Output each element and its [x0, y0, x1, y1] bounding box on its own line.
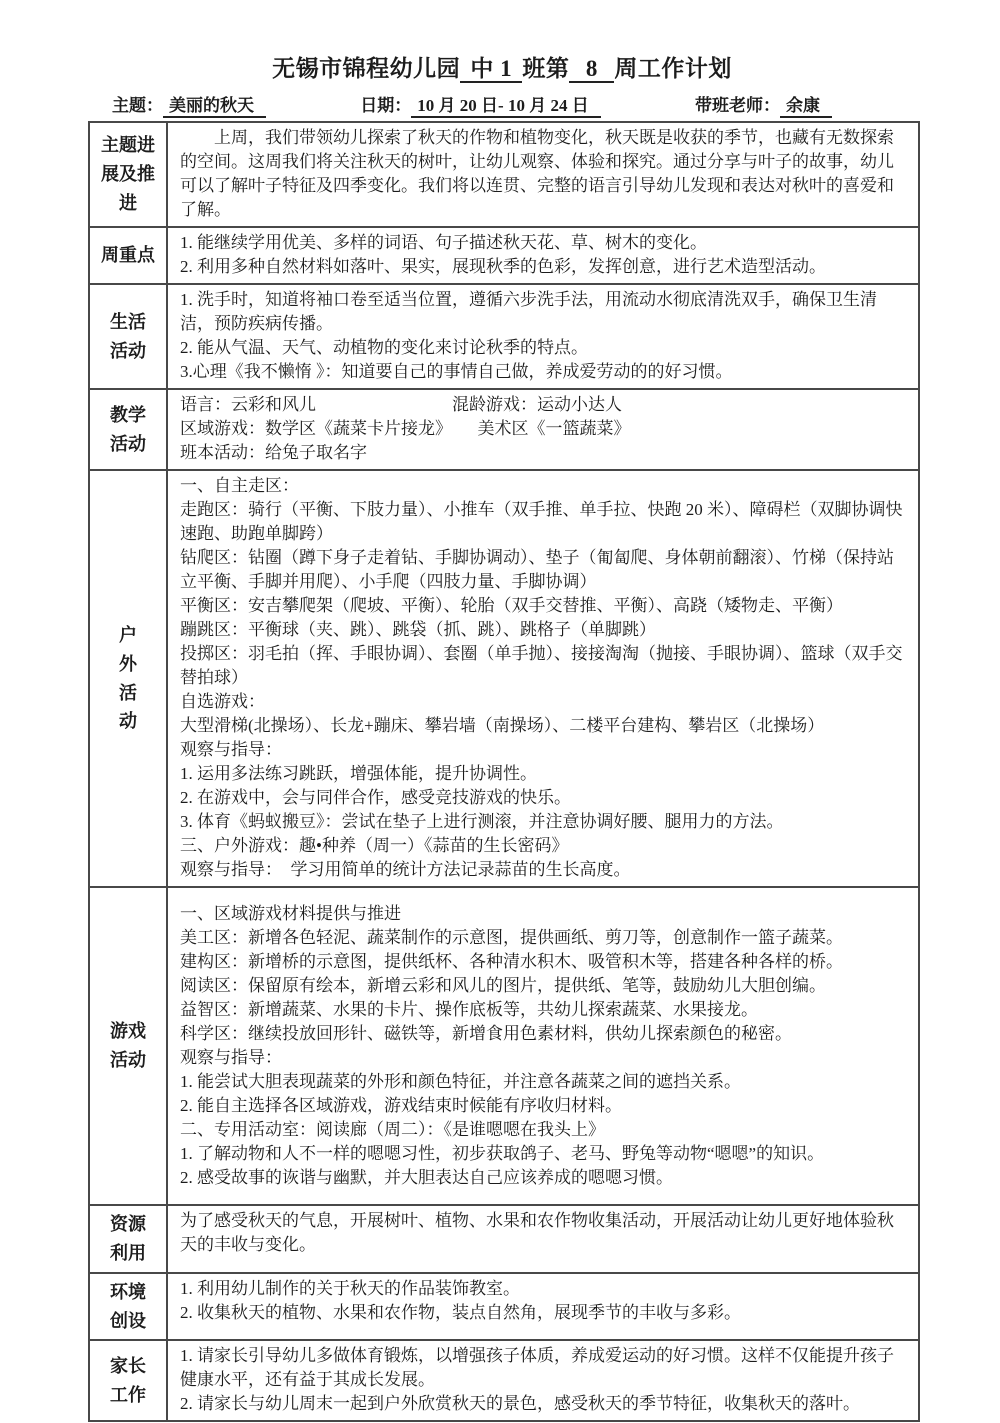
paragraph: 为了感受秋天的气息，开展树叶、植物、水果和农作物收集活动，开展活动让幼儿更好地体… [180, 1209, 908, 1257]
paragraph: 1. 洗手时，知道将袖口卷至适当位置，遵循六步洗手法，用流动水彻底清洗双手，确保… [180, 288, 908, 336]
meta-date-label: 日期： [360, 96, 411, 115]
meta-teacher-value: 余康 [780, 91, 832, 118]
paragraph: 1. 了解动物和人不一样的嗯嗯习性，初步获取鸽子、老马、野兔等动物“嗯嗯”的知识… [180, 1142, 908, 1166]
paragraph: 1. 利用幼儿制作的关于秋天的作品装饰教室。 [180, 1277, 908, 1301]
weekly-plan-table: 主题进 展及推 进 上周，我们带领幼儿探索了秋天的作物和植物变化，秋天既是收获的… [88, 121, 920, 1422]
paragraph: 2. 感受故事的诙谐与幽默，并大胆表达自己应该养成的嗯嗯习惯。 [180, 1166, 908, 1190]
paragraph: 2. 请家长与幼儿周末一起到户外欣赏秋天的景色，感受秋天的季节特征，收集秋天的落… [180, 1392, 908, 1416]
row-label-daily-life-activities: 生活 活动 [90, 285, 168, 388]
table-row-teaching-activities: 教学 活动语言：云彩和风儿 混龄游戏：运动小达人区域游戏：数学区《蔬菜卡片接龙》… [90, 390, 918, 471]
title-blank-week: 8 [569, 57, 614, 83]
row-content-outdoor-activities: 一、自主走区：走跑区：骑行（平衡、下肢力量）、小推车（双手推、单手拉、快跑 20… [168, 471, 918, 886]
paragraph: 观察与指导： 学习用简单的统计方法记录蒜苗的生长高度。 [180, 858, 908, 882]
paragraph: 阅读区：保留原有绘本，新增云彩和风儿的图片，提供纸、笔等，鼓励幼儿大胆创编。 [180, 974, 908, 998]
row-label-week-focus: 周重点 [90, 228, 168, 283]
paragraph: 2. 利用多种自然材料如落叶、果实，展现秋季的色彩，发挥创意，进行艺术造型活动。 [180, 255, 908, 279]
paragraph: 大型滑梯(北操场）、长龙+蹦床、攀岩墙（南操场）、二楼平台建构、攀岩区（北操场） [180, 714, 908, 738]
title-prefix: 无锡市锦程幼儿园 [272, 56, 460, 81]
table-row-theme-progress: 主题进 展及推 进 上周，我们带领幼儿探索了秋天的作物和植物变化，秋天既是收获的… [90, 123, 918, 228]
meta-line: 主题：美丽的秋天 日期：10 月 20 日- 10 月 24 日 带班老师：余康 [112, 91, 832, 118]
row-label-teaching-activities: 教学 活动 [90, 390, 168, 469]
page-title: 无锡市锦程幼儿园 中 1 班第 8 周工作计划 [88, 50, 916, 83]
paragraph: 1. 能尝试大胆表现蔬菜的外形和颜色特征，并注意各蔬菜之间的遮挡关系。 [180, 1070, 908, 1094]
paragraph: 美工区：新增各色轻泥、蔬菜制作的示意图，提供画纸、剪刀等，创意制作一篮子蔬菜。 [180, 926, 908, 950]
paragraph: 自选游戏： [180, 690, 908, 714]
table-row-game-activities: 游戏 活动一、区域游戏材料提供与推进美工区：新增各色轻泥、蔬菜制作的示意图，提供… [90, 888, 918, 1206]
paragraph: 2. 在游戏中，会与同伴合作，感受竞技游戏的快乐。 [180, 786, 908, 810]
row-content-resource-use: 为了感受秋天的气息，开展树叶、植物、水果和农作物收集活动，开展活动让幼儿更好地体… [168, 1206, 918, 1272]
paragraph: 建构区：新增桥的示意图，提供纸杯、各种清水积木、吸管积木等，搭建各种各样的桥。 [180, 950, 908, 974]
paragraph: 观察与指导： [180, 738, 908, 762]
row-content-environment-setup: 1. 利用幼儿制作的关于秋天的作品装饰教室。2. 收集秋天的植物、水果和农作物，… [168, 1274, 918, 1340]
paragraph: 投掷区：羽毛拍（挥、手眼协调）、套圈（单手抛）、接接淘淘（抛接、手眼协调）、篮球… [180, 642, 908, 690]
table-row-resource-use: 资源 利用为了感受秋天的气息，开展树叶、植物、水果和农作物收集活动，开展活动让幼… [90, 1206, 918, 1274]
row-label-parent-work: 家长 工作 [90, 1341, 168, 1420]
paragraph: 观察与指导： [180, 1046, 908, 1070]
row-content-theme-progress: 上周，我们带领幼儿探索了秋天的作物和植物变化，秋天既是收获的季节，也藏有无数探索… [168, 123, 918, 226]
row-content-teaching-activities: 语言：云彩和风儿 混龄游戏：运动小达人区域游戏：数学区《蔬菜卡片接龙》 美术区《… [168, 390, 918, 469]
table-row-outdoor-activities: 户 外 活 动一、自主走区：走跑区：骑行（平衡、下肢力量）、小推车（双手推、单手… [90, 471, 918, 888]
paragraph: 语言：云彩和风儿 混龄游戏：运动小达人 [180, 393, 908, 417]
paragraph: 上周，我们带领幼儿探索了秋天的作物和植物变化，秋天既是收获的季节，也藏有无数探索… [180, 126, 908, 222]
paragraph: 走跑区：骑行（平衡、下肢力量）、小推车（双手推、单手拉、快跑 20 米）、障碍栏… [180, 498, 908, 546]
row-label-game-activities: 游戏 活动 [90, 888, 168, 1204]
meta-theme-value: 美丽的秋天 [163, 91, 266, 118]
row-label-resource-use: 资源 利用 [90, 1206, 168, 1272]
meta-date: 日期：10 月 20 日- 10 月 24 日 [360, 91, 600, 118]
paragraph: 三、户外游戏：趣•种养（周一）《蒜苗的生长密码》 [180, 834, 908, 858]
table-row-daily-life-activities: 生活 活动1. 洗手时，知道将袖口卷至适当位置，遵循六步洗手法，用流动水彻底清洗… [90, 285, 918, 390]
paragraph: 蹦跳区：平衡球（夹、跳）、跳袋（抓、跳）、跳格子（单脚跳） [180, 618, 908, 642]
table-row-parent-work: 家长 工作1. 请家长引导幼儿多做体育锻炼，以增强孩子体质，养成爱运动的好习惯。… [90, 1341, 918, 1420]
row-label-theme-progress: 主题进 展及推 进 [90, 123, 168, 226]
paragraph: 班本活动：给兔子取名字 [180, 441, 908, 465]
row-content-week-focus: 1. 能继续学用优美、多样的词语、句子描述秋天花、草、树木的变化。2. 利用多种… [168, 228, 918, 283]
meta-date-value: 10 月 20 日- 10 月 24 日 [411, 91, 600, 118]
title-mid: 班第 [522, 56, 569, 81]
meta-theme-label: 主题： [112, 96, 163, 115]
paragraph: 钻爬区：钻圈（蹲下身子走着钻、手脚协调动）、垫子（匍匐爬、身体朝前翻滚）、竹梯（… [180, 546, 908, 594]
paragraph: 科学区：继续投放回形针、磁铁等，新增食用色素材料，供幼儿探索颜色的秘密。 [180, 1022, 908, 1046]
paragraph: 2. 能从气温、天气、动植物的变化来讨论秋季的特点。 [180, 336, 908, 360]
meta-teacher: 带班老师：余康 [695, 91, 832, 118]
title-blank-class: 中 1 [460, 57, 522, 83]
paragraph: 3.心理《我不懒惰 》：知道要自己的事情自己做，养成爱劳动的的好习惯。 [180, 360, 908, 384]
paragraph: 益智区：新增蔬菜、水果的卡片、操作底板等，共幼儿探索蔬菜、水果接龙。 [180, 998, 908, 1022]
paragraph: 2. 收集秋天的植物、水果和农作物，装点自然角，展现季节的丰收与多彩。 [180, 1301, 908, 1325]
table-row-environment-setup: 环境 创设1. 利用幼儿制作的关于秋天的作品装饰教室。2. 收集秋天的植物、水果… [90, 1274, 918, 1342]
table-row-week-focus: 周重点1. 能继续学用优美、多样的词语、句子描述秋天花、草、树木的变化。2. 利… [90, 228, 918, 285]
title-suffix: 周工作计划 [614, 56, 732, 81]
meta-teacher-label: 带班老师： [695, 96, 780, 115]
paragraph: 3. 体育《蚂蚁搬豆》：尝试在垫子上进行测滚，并注意协调好腰、腿用力的方法。 [180, 810, 908, 834]
paragraph: 一、区域游戏材料提供与推进 [180, 902, 908, 926]
paragraph: 一、自主走区： [180, 474, 908, 498]
paragraph: 1. 请家长引导幼儿多做体育锻炼，以增强孩子体质，养成爱运动的好习惯。这样不仅能… [180, 1344, 908, 1392]
row-label-environment-setup: 环境 创设 [90, 1274, 168, 1340]
row-content-parent-work: 1. 请家长引导幼儿多做体育锻炼，以增强孩子体质，养成爱运动的好习惯。这样不仅能… [168, 1341, 918, 1420]
meta-theme: 主题：美丽的秋天 [112, 91, 266, 118]
paragraph: 二、专用活动室：阅读廊（周二）：《是谁嗯嗯在我头上》 [180, 1118, 908, 1142]
paragraph: 区域游戏：数学区《蔬菜卡片接龙》 美术区《一篮蔬菜》 [180, 417, 908, 441]
paragraph: 2. 能自主选择各区域游戏，游戏结束时候能有序收归材料。 [180, 1094, 908, 1118]
paragraph: 平衡区：安吉攀爬架（爬坡、平衡）、轮胎（双手交替推、平衡）、高跷（矮物走、平衡） [180, 594, 908, 618]
paragraph: 1. 能继续学用优美、多样的词语、句子描述秋天花、草、树木的变化。 [180, 231, 908, 255]
row-label-outdoor-activities: 户 外 活 动 [90, 471, 168, 886]
document-page: 无锡市锦程幼儿园 中 1 班第 8 周工作计划 主题：美丽的秋天 日期：10 月… [0, 0, 1000, 1423]
row-content-game-activities: 一、区域游戏材料提供与推进美工区：新增各色轻泥、蔬菜制作的示意图，提供画纸、剪刀… [168, 888, 918, 1204]
row-content-daily-life-activities: 1. 洗手时，知道将袖口卷至适当位置，遵循六步洗手法，用流动水彻底清洗双手，确保… [168, 285, 918, 388]
paragraph: 1. 运用多法练习跳跃，增强体能，提升协调性。 [180, 762, 908, 786]
